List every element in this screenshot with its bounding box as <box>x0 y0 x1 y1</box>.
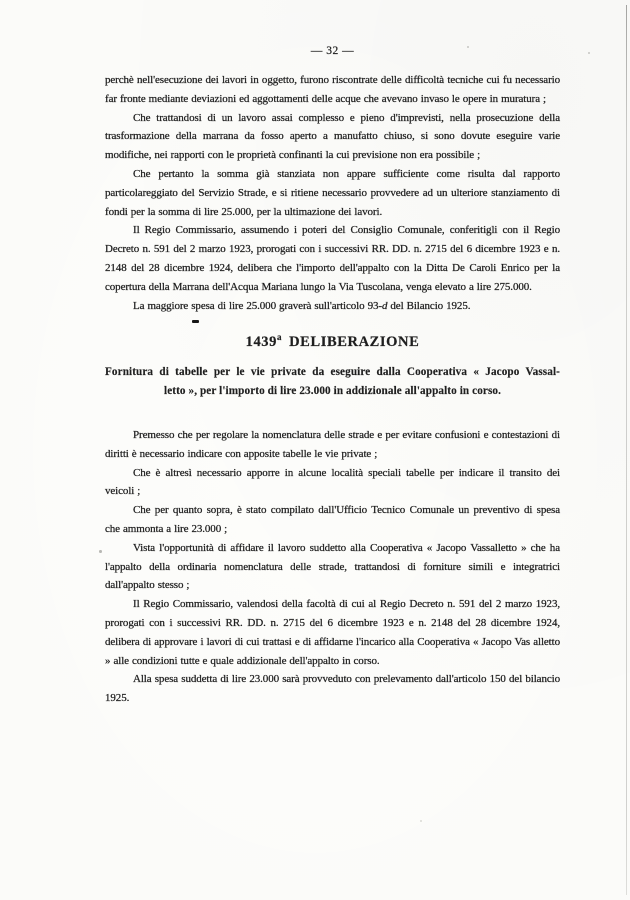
text-body: perchè nell'esecuzione dei lavori in ogg… <box>105 71 560 708</box>
paragraph: Il Regio Commissario, assumendo i poteri… <box>105 221 560 296</box>
deliberation-body: Premesso che per regolare la nomenclatur… <box>105 426 560 708</box>
paragraph: Il Regio Commissario, valendosi della fa… <box>105 595 560 670</box>
deliberation-heading: 1439aDELIBERAZIONE <box>105 333 560 351</box>
paragraph-closing-line: La maggiore spesa di lire 25.000 graverà… <box>105 297 560 316</box>
paragraph-continuation: perchè nell'esecuzione dei lavori in ogg… <box>105 71 560 109</box>
closing-text-before: La maggiore spesa di lire 25.000 graverà… <box>133 300 382 312</box>
ink-speck <box>467 46 469 48</box>
separator-dash-mark <box>192 320 199 323</box>
deliberation-subject: Fornitura di tabelle per le vie private … <box>105 363 560 402</box>
paragraph: Alla spesa suddetta di lire 23.000 sarà … <box>105 670 560 708</box>
ink-speck <box>588 52 590 54</box>
paragraph: Che per quanto sopra, è stato compilato … <box>105 501 560 539</box>
deliberation-number: 1439 <box>246 334 277 350</box>
paragraph: Premesso che per regolare la nomenclatur… <box>105 426 560 464</box>
deliberation-title: DELIBERAZIONE <box>289 334 419 350</box>
subject-line-1: Fornitura di tabelle per le vie private … <box>105 363 560 383</box>
paragraph: Che è altresì necessario apporre in alcu… <box>105 464 560 502</box>
paragraph: Che trattandosi di un lavoro assai compl… <box>105 109 560 165</box>
paragraph: Vista l'opportunità di affidare il lavor… <box>105 539 560 595</box>
document-page: — 32 — perchè nell'esecuzione dei lavori… <box>0 0 630 900</box>
paragraph: Che pertanto la somma già stanziata non … <box>105 165 560 221</box>
subject-line-2: letto », per l'importo di lire 23.000 in… <box>105 382 560 402</box>
page-number: — 32 — <box>105 44 560 58</box>
ink-speck <box>420 820 422 822</box>
closing-text-after: del Bilancio 1925. <box>387 300 470 312</box>
deliberation-ordinal-suffix: a <box>277 332 282 342</box>
ink-speck <box>99 550 102 553</box>
scan-edge-line <box>626 5 627 895</box>
